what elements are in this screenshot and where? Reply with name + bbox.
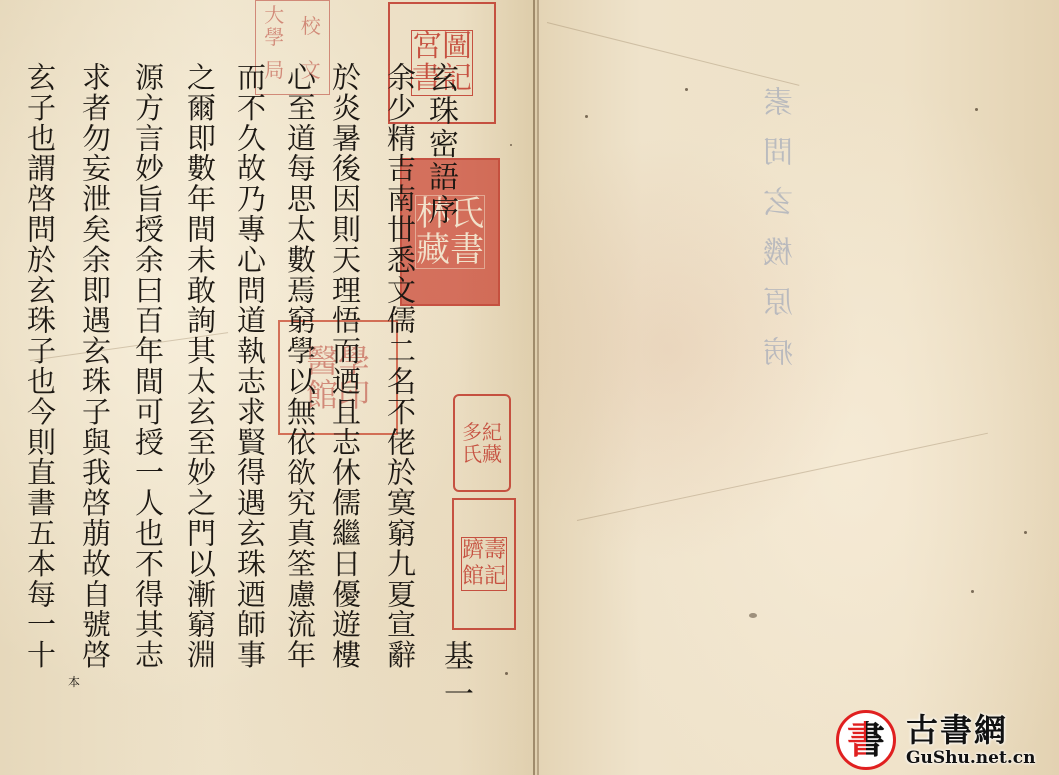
text-column-3: 於炎暑後因則天理悟而迺且志休儒繼日優遊樓 bbox=[327, 62, 363, 670]
column-text: 源方言妙旨授余曰百年間可授一人也不得其志 bbox=[130, 62, 166, 670]
column-text: 心至道每思太數焉窮學以無依欲究真筌慮流年 bbox=[282, 62, 318, 670]
seal-char: 躋 bbox=[462, 538, 484, 564]
seal-char: 多 bbox=[462, 421, 482, 443]
seal-char: 書 bbox=[450, 232, 484, 268]
ink-speck bbox=[585, 115, 588, 118]
ink-speck bbox=[1024, 531, 1027, 534]
column-text: 於炎暑後因則天理悟而迺且志休儒繼日優遊樓 bbox=[327, 62, 363, 670]
seal-char: 圖 bbox=[442, 31, 472, 63]
seal-char: 壽 bbox=[484, 538, 506, 564]
seal-char: 藏 bbox=[482, 443, 502, 465]
logo-name-cn: 古書網 bbox=[906, 712, 1035, 748]
seal-char: 紀 bbox=[482, 421, 502, 443]
ink-speck bbox=[975, 108, 978, 111]
logo-glyph: 書 bbox=[847, 721, 885, 759]
seal-lower-2: 躋 壽 館 記 bbox=[452, 498, 516, 630]
paper-crease bbox=[577, 433, 988, 521]
column-text: 玄子也謂啓問於玄珠子也今則直書五本每一十 bbox=[22, 62, 58, 670]
column-text: 玄珠密語序 bbox=[422, 62, 458, 227]
text-column-8: 求者勿妄泄矣余即遇玄珠子與我啓萠故自號啓 bbox=[77, 62, 113, 670]
seal-char: 記 bbox=[484, 564, 506, 590]
ink-speck bbox=[505, 672, 508, 675]
left-page: 大學 校 局 文 宮 圖 書 記 林 氏 藏 書 醫 學 館 印 多 bbox=[0, 0, 537, 775]
ink-speck bbox=[749, 613, 757, 618]
logo-name-en: GuShu.net.cn bbox=[906, 748, 1035, 768]
text-column-9: 玄子也謂啓問於玄珠子也今則直書五本每一十 bbox=[22, 62, 58, 670]
text-column-4: 心至道每思太數焉窮學以無依欲究真筌慮流年 bbox=[282, 62, 318, 670]
seal-char: 氏 bbox=[462, 443, 482, 465]
column-text: 余少精吉南丗悉文儒二名不佬於寞窮九夏宣辭 bbox=[382, 62, 418, 670]
seal-char: 藏 bbox=[416, 232, 450, 268]
seal-char: 大學 bbox=[256, 4, 293, 48]
column-text: 求者勿妄泄矣余即遇玄珠子與我啓萠故自號啓 bbox=[77, 62, 113, 670]
column-text: 而不久故乃專心問道執志求賢得遇玄珠迺師事 bbox=[232, 62, 268, 670]
folio-text: 基一 bbox=[437, 640, 473, 716]
right-page: 素問玄機原病 bbox=[537, 0, 1059, 775]
bleed-text: 素問玄機原病 bbox=[759, 86, 805, 386]
gushu-watermark-logo[interactable]: 書 古書網 GuShu.net.cn bbox=[836, 708, 1056, 772]
page-edge bbox=[533, 0, 535, 775]
bleed-through-text: 素問玄機原病 bbox=[759, 86, 805, 386]
seal-char: 館 bbox=[462, 564, 484, 590]
text-column-2: 余少精吉南丗悉文儒二名不佬於寞窮九夏宣辭 bbox=[382, 62, 418, 670]
interlinear-note: 本 bbox=[56, 676, 92, 688]
folio-marker: 基一 bbox=[437, 640, 473, 716]
column-text: 之爾即數年間未敢詢其太玄至妙之門以漸窮淵 bbox=[182, 62, 218, 670]
seal-char: 宮 bbox=[412, 31, 442, 63]
book-glyph-icon: 書 bbox=[836, 710, 896, 770]
seal-lower-1: 多 紀 氏 藏 bbox=[453, 394, 511, 492]
seal-char: 校 bbox=[301, 15, 321, 37]
text-column-6: 之爾即數年間未敢詢其太玄至妙之門以漸窮淵 bbox=[182, 62, 218, 670]
ink-speck bbox=[510, 144, 512, 146]
paper-crease bbox=[547, 22, 800, 86]
title-column: 玄珠密語序 bbox=[422, 62, 458, 227]
ink-speck bbox=[971, 590, 974, 593]
logo-text: 古書網 GuShu.net.cn bbox=[906, 712, 1035, 768]
note-text: 本 bbox=[56, 676, 92, 688]
spine-line bbox=[537, 0, 539, 775]
text-column-7: 源方言妙旨授余曰百年間可授一人也不得其志 bbox=[130, 62, 166, 670]
ink-speck bbox=[685, 88, 688, 91]
text-column-5: 而不久故乃專心問道執志求賢得遇玄珠迺師事 bbox=[232, 62, 268, 670]
